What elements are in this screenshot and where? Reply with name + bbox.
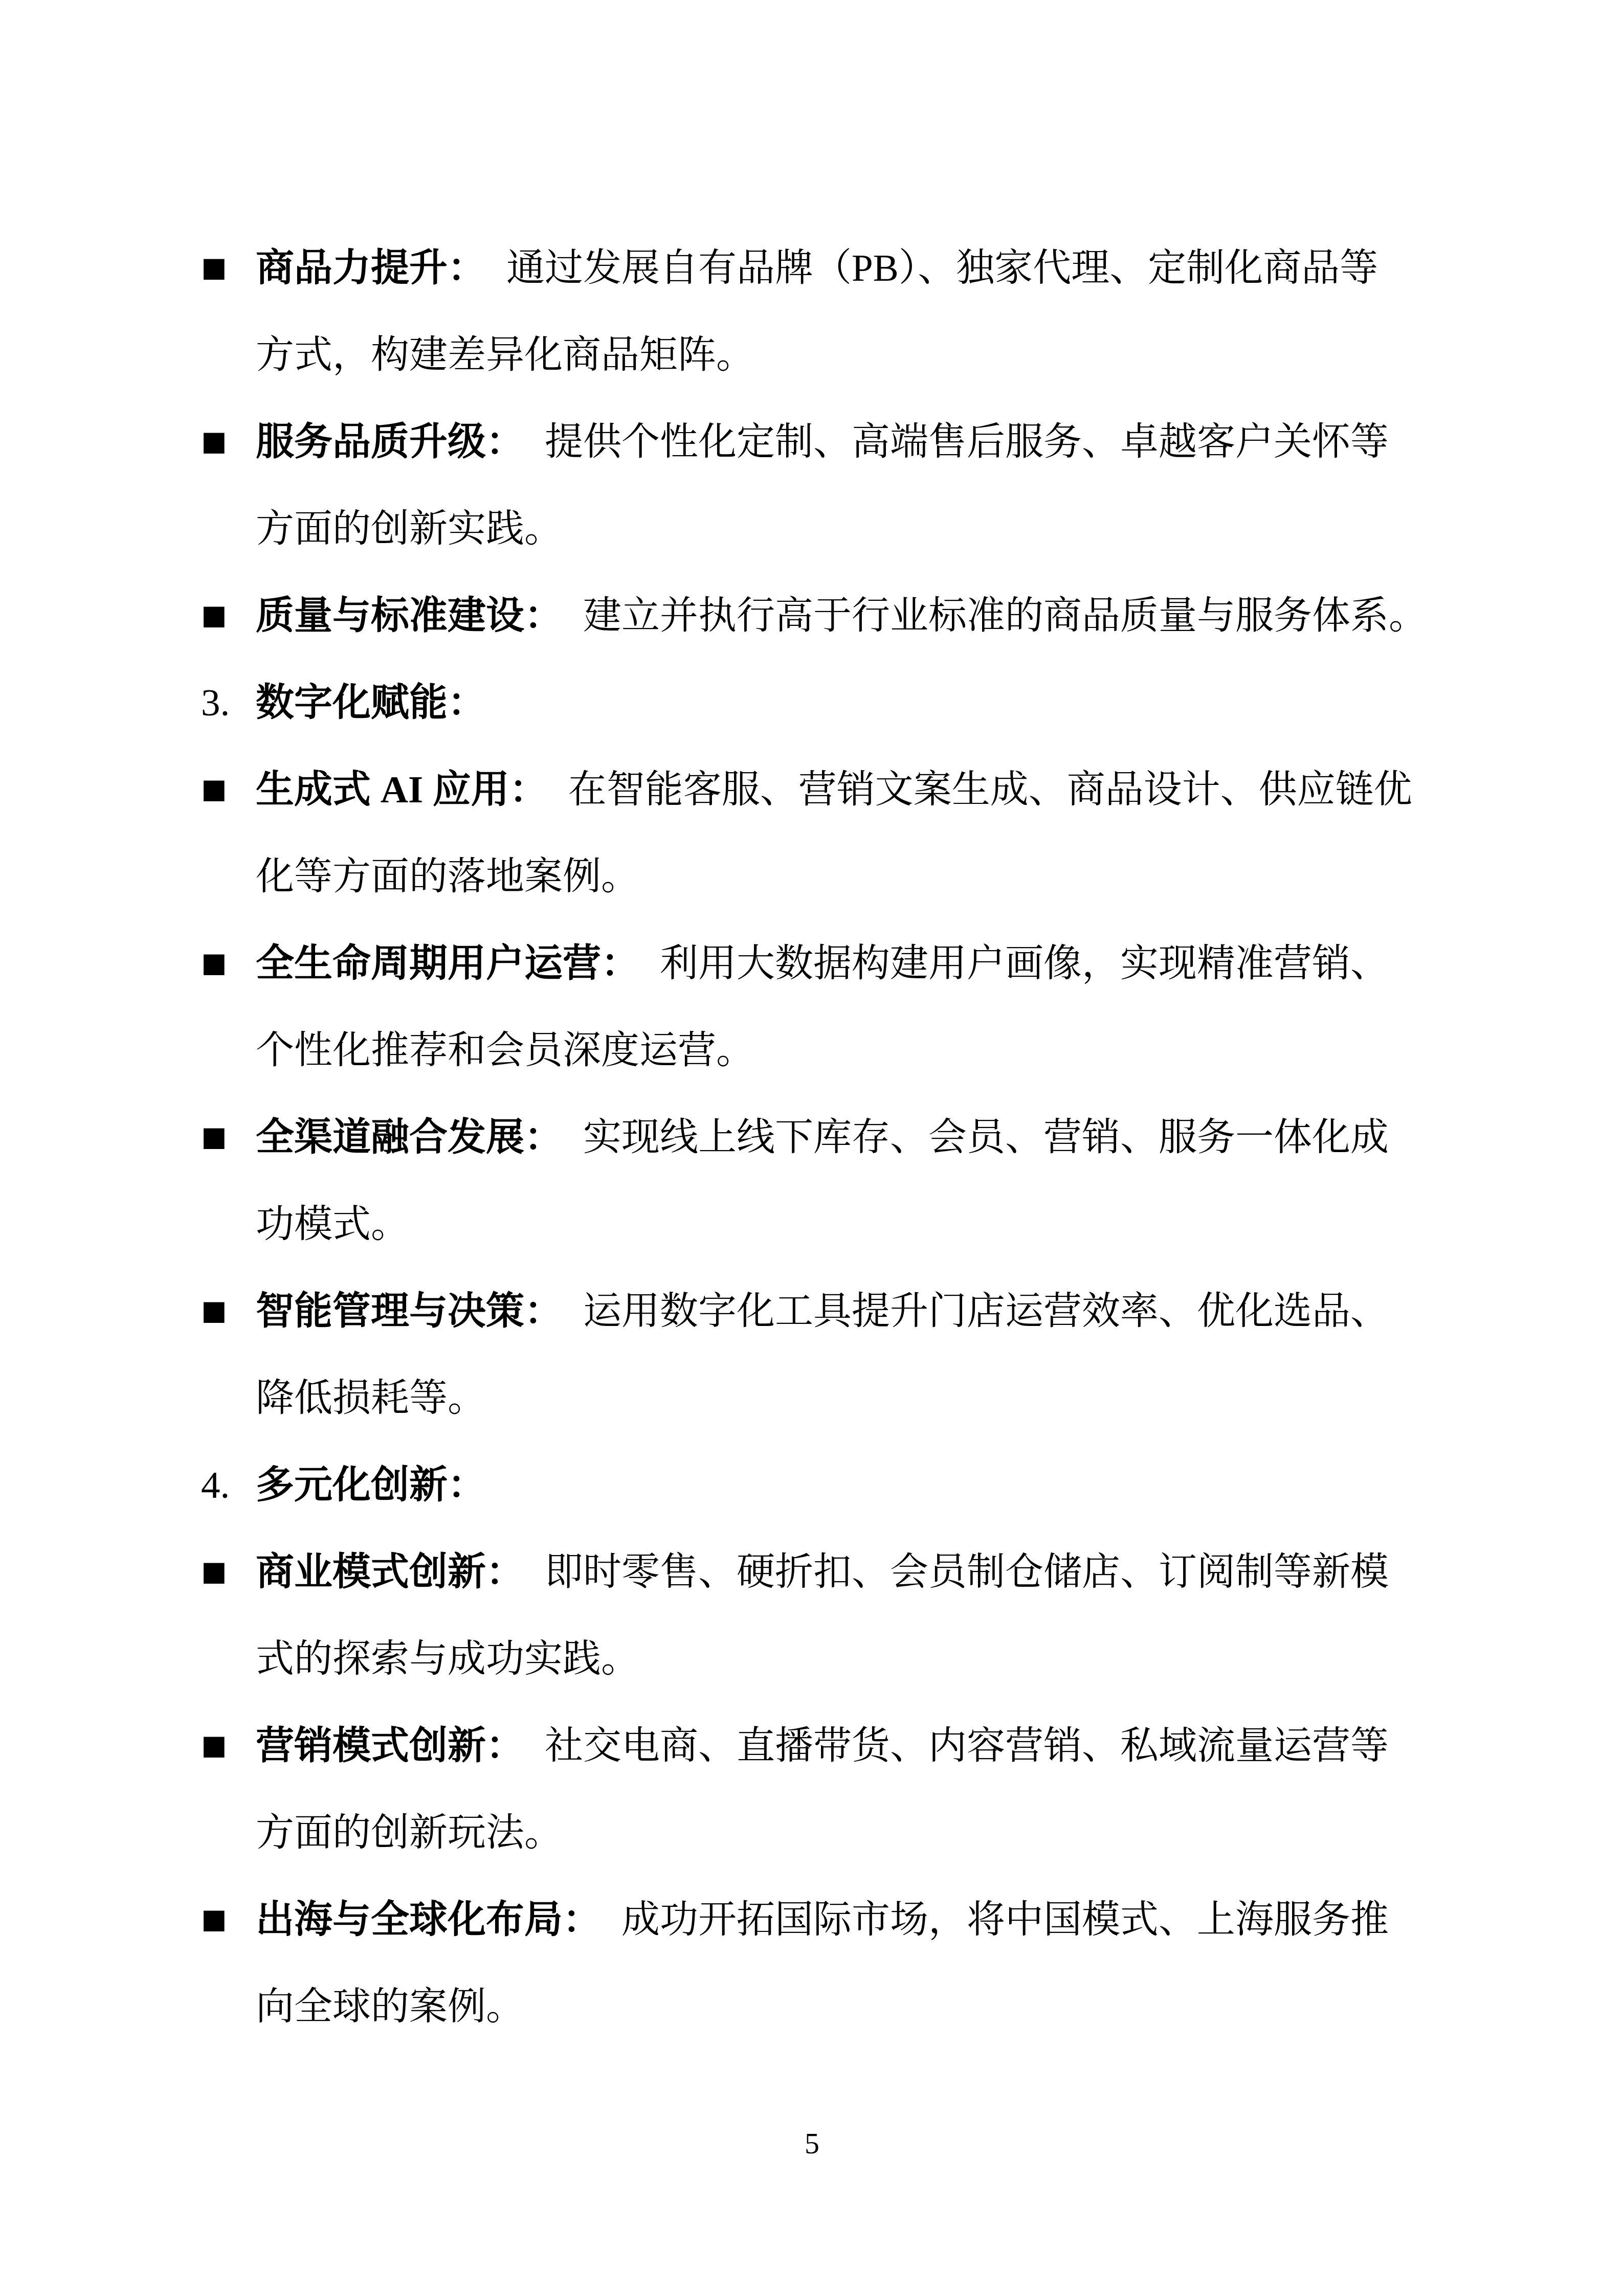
list-item: ■商业模式创新：即时零售、硬折扣、会员制仓储店、订阅制等新模: [201, 1529, 1439, 1616]
list-item-continuation: 功模式。: [201, 1181, 1439, 1268]
item-heading: 商业模式创新：: [256, 1551, 524, 1593]
item-heading: 生成式 AI 应用：: [256, 769, 548, 811]
bullet-square-icon: ■: [201, 225, 227, 312]
section-heading: 多元化创新：: [256, 1464, 486, 1506]
list-item-continuation: 式的探索与成功实践。: [201, 1616, 1439, 1703]
list-item: ■生成式 AI 应用：在智能客服、营销文案生成、商品设计、供应链优: [201, 747, 1439, 834]
list-item: ■商品力提升：通过发展自有品牌（PB）、独家代理、定制化商品等: [201, 225, 1439, 312]
item-text: 化等方面的落地案例。: [256, 856, 639, 898]
numbered-section-item: 4.多元化创新：: [201, 1442, 1439, 1529]
list-item: ■全生命周期用户运营：利用大数据构建用户画像，实现精准营销、: [201, 920, 1439, 1007]
bullet-square-icon: ■: [201, 1703, 227, 1790]
item-text: 方面的创新玩法。: [256, 1812, 563, 1854]
list-item: ■智能管理与决策：运用数字化工具提升门店运营效率、优化选品、: [201, 1268, 1439, 1355]
item-text: 建立并执行高于行业标准的商品质量与服务体系。: [583, 595, 1427, 637]
number-marker: 3.: [201, 660, 230, 747]
item-text: 提供个性化定制、高端售后服务、卓越客户关怀等: [545, 421, 1389, 463]
bullet-square-icon: ■: [201, 573, 227, 660]
item-heading: 出海与全球化布局：: [256, 1899, 601, 1941]
item-heading: 质量与标准建设：: [256, 595, 563, 637]
list-item: ■出海与全球化布局：成功开拓国际市场，将中国模式、上海服务推: [201, 1877, 1439, 1964]
section-heading: 数字化赋能：: [256, 682, 486, 724]
item-text: 利用大数据构建用户画像，实现精准营销、: [660, 942, 1389, 985]
bullet-square-icon: ■: [201, 399, 227, 486]
item-heading: 全渠道融合发展：: [256, 1116, 563, 1159]
list-item: ■服务品质升级：提供个性化定制、高端售后服务、卓越客户关怀等: [201, 399, 1439, 486]
list-item: ■质量与标准建设：建立并执行高于行业标准的商品质量与服务体系。: [201, 573, 1439, 660]
item-heading: 商品力提升：: [256, 247, 486, 289]
item-text: 功模式。: [256, 1203, 409, 1246]
item-text: 向全球的案例。: [256, 1986, 524, 2028]
document-page: ■商品力提升：通过发展自有品牌（PB）、独家代理、定制化商品等 方式，构建差异化…: [0, 0, 1624, 2296]
item-text: 在智能客服、营销文案生成、商品设计、供应链优: [568, 769, 1412, 811]
list-item: ■营销模式创新：社交电商、直播带货、内容营销、私域流量运营等: [201, 1703, 1439, 1790]
item-text: 成功开拓国际市场，将中国模式、上海服务推: [621, 1899, 1389, 1941]
item-heading: 智能管理与决策：: [256, 1290, 563, 1333]
item-text: 降低损耗等。: [256, 1377, 486, 1420]
item-heading: 全生命周期用户运营：: [256, 942, 639, 985]
item-text: 方式，构建差异化商品矩阵。: [256, 334, 754, 376]
list-item-continuation: 方面的创新玩法。: [201, 1790, 1439, 1877]
document-body: ■商品力提升：通过发展自有品牌（PB）、独家代理、定制化商品等 方式，构建差异化…: [201, 225, 1439, 2051]
bullet-square-icon: ■: [201, 1094, 227, 1181]
bullet-square-icon: ■: [201, 1529, 227, 1616]
bullet-square-icon: ■: [201, 1268, 227, 1355]
item-text: 实现线上线下库存、会员、营销、服务一体化成: [583, 1116, 1389, 1159]
page-number: 5: [0, 2126, 1624, 2160]
item-text: 方面的创新实践。: [256, 508, 563, 550]
list-item-continuation: 方面的创新实践。: [201, 486, 1439, 573]
list-item-continuation: 向全球的案例。: [201, 1964, 1439, 2051]
item-text: 运用数字化工具提升门店运营效率、优化选品、: [583, 1290, 1389, 1333]
list-item-continuation: 方式，构建差异化商品矩阵。: [201, 312, 1439, 399]
numbered-section-item: 3.数字化赋能：: [201, 660, 1439, 747]
bullet-square-icon: ■: [201, 920, 227, 1007]
list-item-continuation: 个性化推荐和会员深度运营。: [201, 1007, 1439, 1094]
item-text: 社交电商、直播带货、内容营销、私域流量运营等: [545, 1725, 1389, 1767]
item-heading: 服务品质升级：: [256, 421, 524, 463]
list-item-continuation: 降低损耗等。: [201, 1355, 1439, 1442]
number-marker: 4.: [201, 1442, 230, 1529]
item-text: 式的探索与成功实践。: [256, 1638, 639, 1680]
bullet-square-icon: ■: [201, 747, 227, 834]
item-text: 即时零售、硬折扣、会员制仓储店、订阅制等新模: [545, 1551, 1389, 1593]
list-item: ■全渠道融合发展：实现线上线下库存、会员、营销、服务一体化成: [201, 1094, 1439, 1181]
item-text: 个性化推荐和会员深度运营。: [256, 1029, 754, 1072]
bullet-square-icon: ■: [201, 1877, 227, 1964]
item-text: 通过发展自有品牌（PB）、独家代理、定制化商品等: [506, 247, 1378, 289]
item-heading: 营销模式创新：: [256, 1725, 524, 1767]
list-item-continuation: 化等方面的落地案例。: [201, 834, 1439, 920]
